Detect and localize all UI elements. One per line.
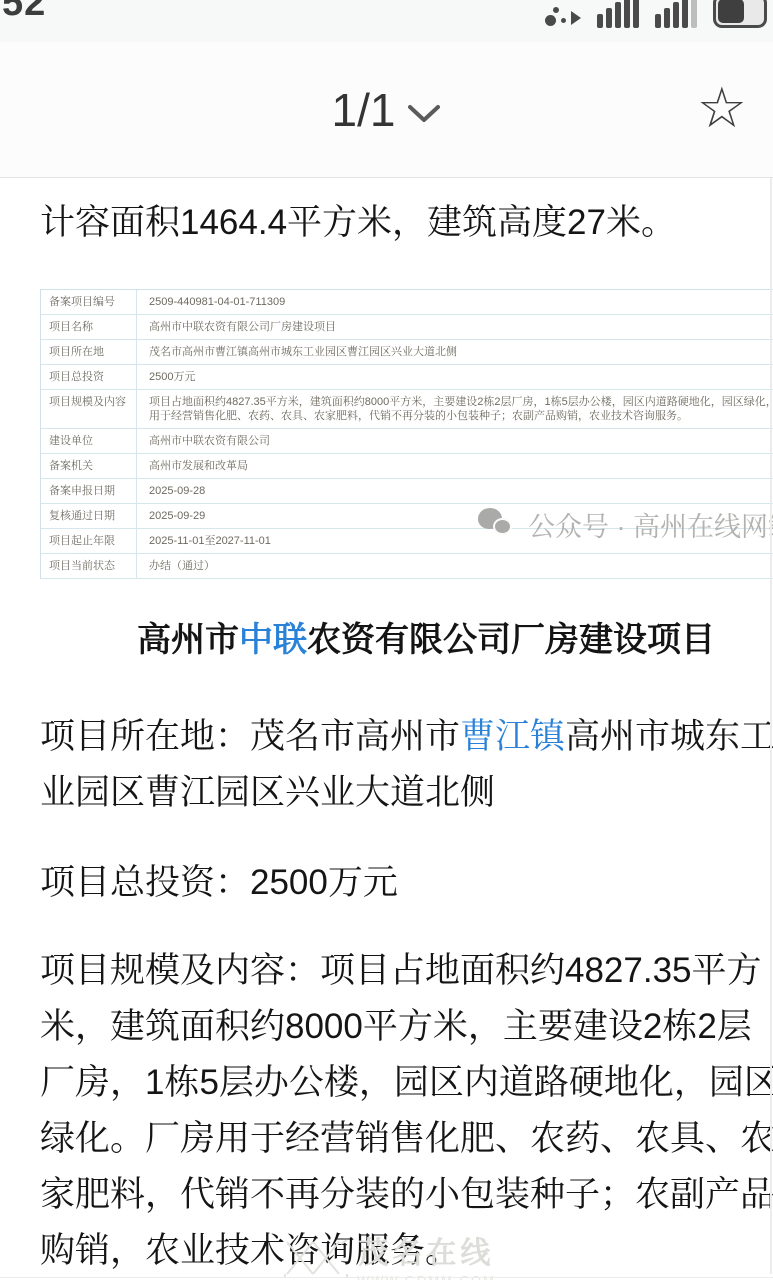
table-row-value: 高州市发展和改革局 <box>137 454 773 478</box>
status-time: 52 <box>2 0 46 25</box>
table-row-label: 备案项目编号 <box>41 290 137 314</box>
favorite-star-button[interactable]: ☆ <box>697 80 747 136</box>
table-row-value: 项目占地面积约4827.35平方米，建筑面积约8000平方米，主要建设2栋2层厂… <box>137 390 773 428</box>
wechat-account-watermark: 公众号 · 高州在线网络 <box>478 505 773 544</box>
table-row-value: 高州市中联农资有限公司 <box>137 429 773 453</box>
table-row-label: 复核通过日期 <box>41 504 137 528</box>
document-page: 计容面积1464.4平方米，建筑高度27米。 备案项目编号 2509-44098… <box>0 179 773 1279</box>
intro-line: 计容面积1464.4平方米，建筑高度27米。 <box>40 195 773 245</box>
table-row: 项目规模及内容 项目占地面积约4827.35平方米，建筑面积约8000平方米，主… <box>41 390 773 429</box>
heading-prefix: 高州市 <box>137 621 239 659</box>
signal-icon-sim1 <box>597 0 639 28</box>
battery-icon <box>713 0 767 28</box>
table-row-value: 2500万元 <box>137 365 773 389</box>
table-row: 备案机关 高州市发展和改革局 <box>41 454 773 479</box>
table-row: 项目名称 高州市中联农资有限公司厂房建设项目 <box>41 315 773 340</box>
table-row: 建设单位 高州市中联农资有限公司 <box>41 429 773 454</box>
table-row-label: 项目规模及内容 <box>41 390 137 428</box>
table-row-value: 茂名市高州市曹江镇高州市城东工业园区曹江园区兴业大道北侧 <box>137 340 773 364</box>
bottom-divider <box>0 1277 773 1278</box>
table-row-value: 高州市中联农资有限公司厂房建设项目 <box>137 315 773 339</box>
table-row-label: 项目总投资 <box>41 365 137 389</box>
table-row-label: 备案机关 <box>41 454 137 478</box>
viewer-header: 1/1 ☆ <box>0 42 773 178</box>
vibrate-icon <box>543 4 581 28</box>
table-row-label: 项目起止年限 <box>41 529 137 553</box>
status-bar: 52 <box>0 0 773 42</box>
page-indicator-dropdown[interactable]: 1/1 <box>332 83 442 137</box>
table-row-value: 办结（通过） <box>137 554 773 578</box>
gdmm-logo-title: 茂名在线 <box>358 1228 494 1272</box>
location-keyword-highlight: 曹江镇 <box>460 717 565 756</box>
watermark-text: 公众号 · 高州在线网络 <box>528 505 773 544</box>
signal-icon-sim2 <box>655 0 697 28</box>
table-row-label: 项目当前状态 <box>41 554 137 578</box>
heading-suffix: 农资有限公司厂房建设项目 <box>307 621 715 659</box>
table-row: 项目所在地 茂名市高州市曹江镇高州市城东工业园区曹江园区兴业大道北侧 <box>41 340 773 365</box>
gdmm-logo-text: 茂名在线 WWW.GDMM.COM <box>357 1228 496 1280</box>
table-row: 备案项目编号 2509-440981-04-01-711309 <box>41 290 773 315</box>
table-row: 备案申报日期 2025-09-28 <box>41 479 773 504</box>
scrollbar[interactable] <box>770 30 772 1274</box>
page-indicator-label: 1/1 <box>332 83 396 137</box>
table-row: 项目当前状态 办结（通过） <box>41 554 773 579</box>
table-row-label: 建设单位 <box>41 429 137 453</box>
table-row-value: 2025-09-28 <box>137 479 773 503</box>
paragraph-investment: 项目总投资：2500万元 <box>40 855 773 911</box>
gdmm-site-watermark: 茂名在线 WWW.GDMM.COM <box>283 1228 496 1280</box>
table-row-label: 项目名称 <box>41 315 137 339</box>
chevron-down-icon <box>407 104 441 124</box>
location-prefix: 项目所在地：茂名市高州市 <box>40 717 460 756</box>
table-row-value: 2509-440981-04-01-711309 <box>137 290 773 314</box>
heading-keyword-highlight: 中联 <box>239 621 307 659</box>
table-row-label: 备案申报日期 <box>41 479 137 503</box>
gdmm-logo-mark <box>283 1238 349 1278</box>
wechat-icon <box>478 508 518 542</box>
status-icons <box>543 0 767 28</box>
table-row-label: 项目所在地 <box>41 340 137 364</box>
table-row: 项目总投资 2500万元 <box>41 365 773 390</box>
paragraph-location: 项目所在地：茂名市高州市曹江镇高州市城东工业园区曹江园区兴业大道北侧 <box>40 709 773 821</box>
project-title-heading: 高州市中联农资有限公司厂房建设项目 <box>40 617 773 663</box>
